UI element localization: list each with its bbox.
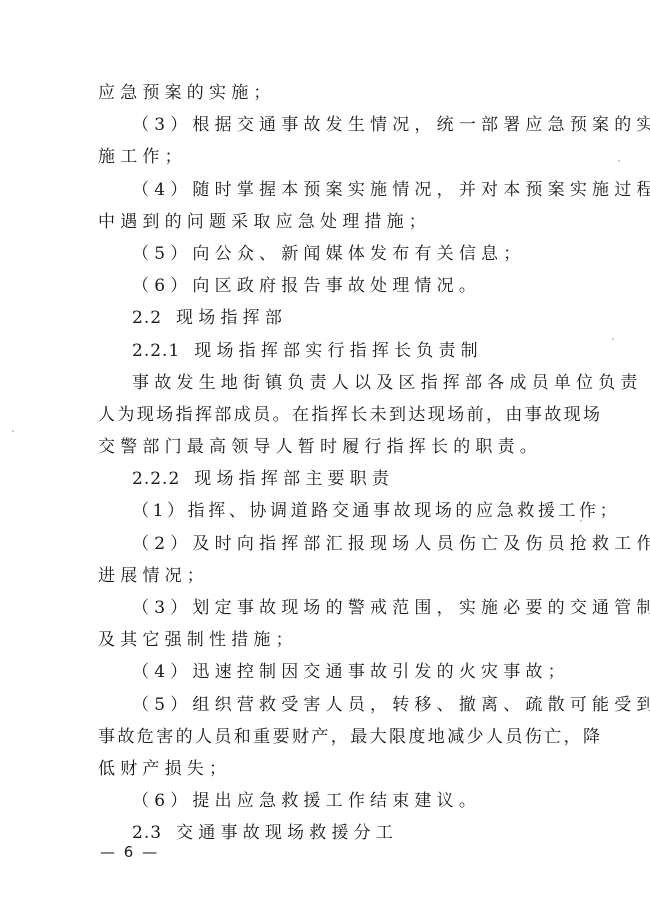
scan-speck [580, 520, 582, 522]
list-item: （1）指挥、协调道路交通事故现场的应急救援工作； [98, 495, 558, 527]
section-number: 2.2.2 [132, 469, 180, 489]
list-item: （4）迅速控制因交通事故引发的火灾事故； [98, 656, 558, 688]
text-line: 及其它强制性措施； [98, 624, 558, 656]
text-line: 中遇到的问题采取应急处理措施； [98, 206, 558, 238]
list-item: （3）根据交通事故发生情况，统一部署应急预案的实 [98, 109, 558, 141]
section-heading: 2.2现场指挥部 [98, 302, 558, 334]
section-heading: 2.3交通事故现场救援分工 [98, 817, 558, 849]
scan-speck [618, 160, 620, 162]
section-number: 2.2.1 [132, 341, 180, 361]
text-line: 应急预案的实施； [98, 77, 558, 109]
list-item: （5）组织营救受害人员，转移、撤离、疏散可能受到 [98, 689, 558, 721]
text-line: 事故危害的人员和重要财产，最大限度地减少人员伤亡，降 [98, 721, 558, 753]
paragraph-line: 事故发生地街镇负责人以及区指挥部各成员单位负责 [98, 367, 558, 399]
scan-speck [12, 430, 14, 432]
page-number: — 6 — [100, 843, 159, 861]
section-heading: 2.2.1现场指挥部实行指挥长负责制 [98, 335, 558, 367]
section-title: 交通事故现场救援分工 [176, 823, 398, 843]
section-title: 现场指挥部实行指挥长负责制 [194, 341, 483, 361]
list-item: （6）提出应急救援工作结束建议。 [98, 785, 558, 817]
list-item: （3）划定事故现场的警戒范围，实施必要的交通管制 [98, 592, 558, 624]
text-line: 人为现场指挥部成员。在指挥长未到达现场前，由事故现场 [98, 399, 558, 431]
scan-speck [612, 338, 614, 340]
list-item: （6）向区政府报告事故处理情况。 [98, 270, 558, 302]
text-line: 交警部门最高领导人暂时履行指挥长的职责。 [98, 431, 558, 463]
document-body: 应急预案的实施； （3）根据交通事故发生情况，统一部署应急预案的实 施工作； （… [98, 77, 558, 850]
text-line: 施工作； [98, 141, 558, 173]
list-item: （4）随时掌握本预案实施情况，并对本预案实施过程 [98, 174, 558, 206]
text-line: 低财产损失； [98, 753, 558, 785]
section-number: 2.2 [132, 308, 162, 328]
section-number: 2.3 [132, 823, 162, 843]
text-line: 进展情况； [98, 560, 558, 592]
list-item: （5）向公众、新闻媒体发布有关信息； [98, 238, 558, 270]
section-title: 现场指挥部 [176, 308, 287, 328]
list-item: （2）及时向指挥部汇报现场人员伤亡及伤员抢救工作 [98, 528, 558, 560]
section-title: 现场指挥部主要职责 [194, 469, 394, 489]
section-heading: 2.2.2现场指挥部主要职责 [98, 463, 558, 495]
